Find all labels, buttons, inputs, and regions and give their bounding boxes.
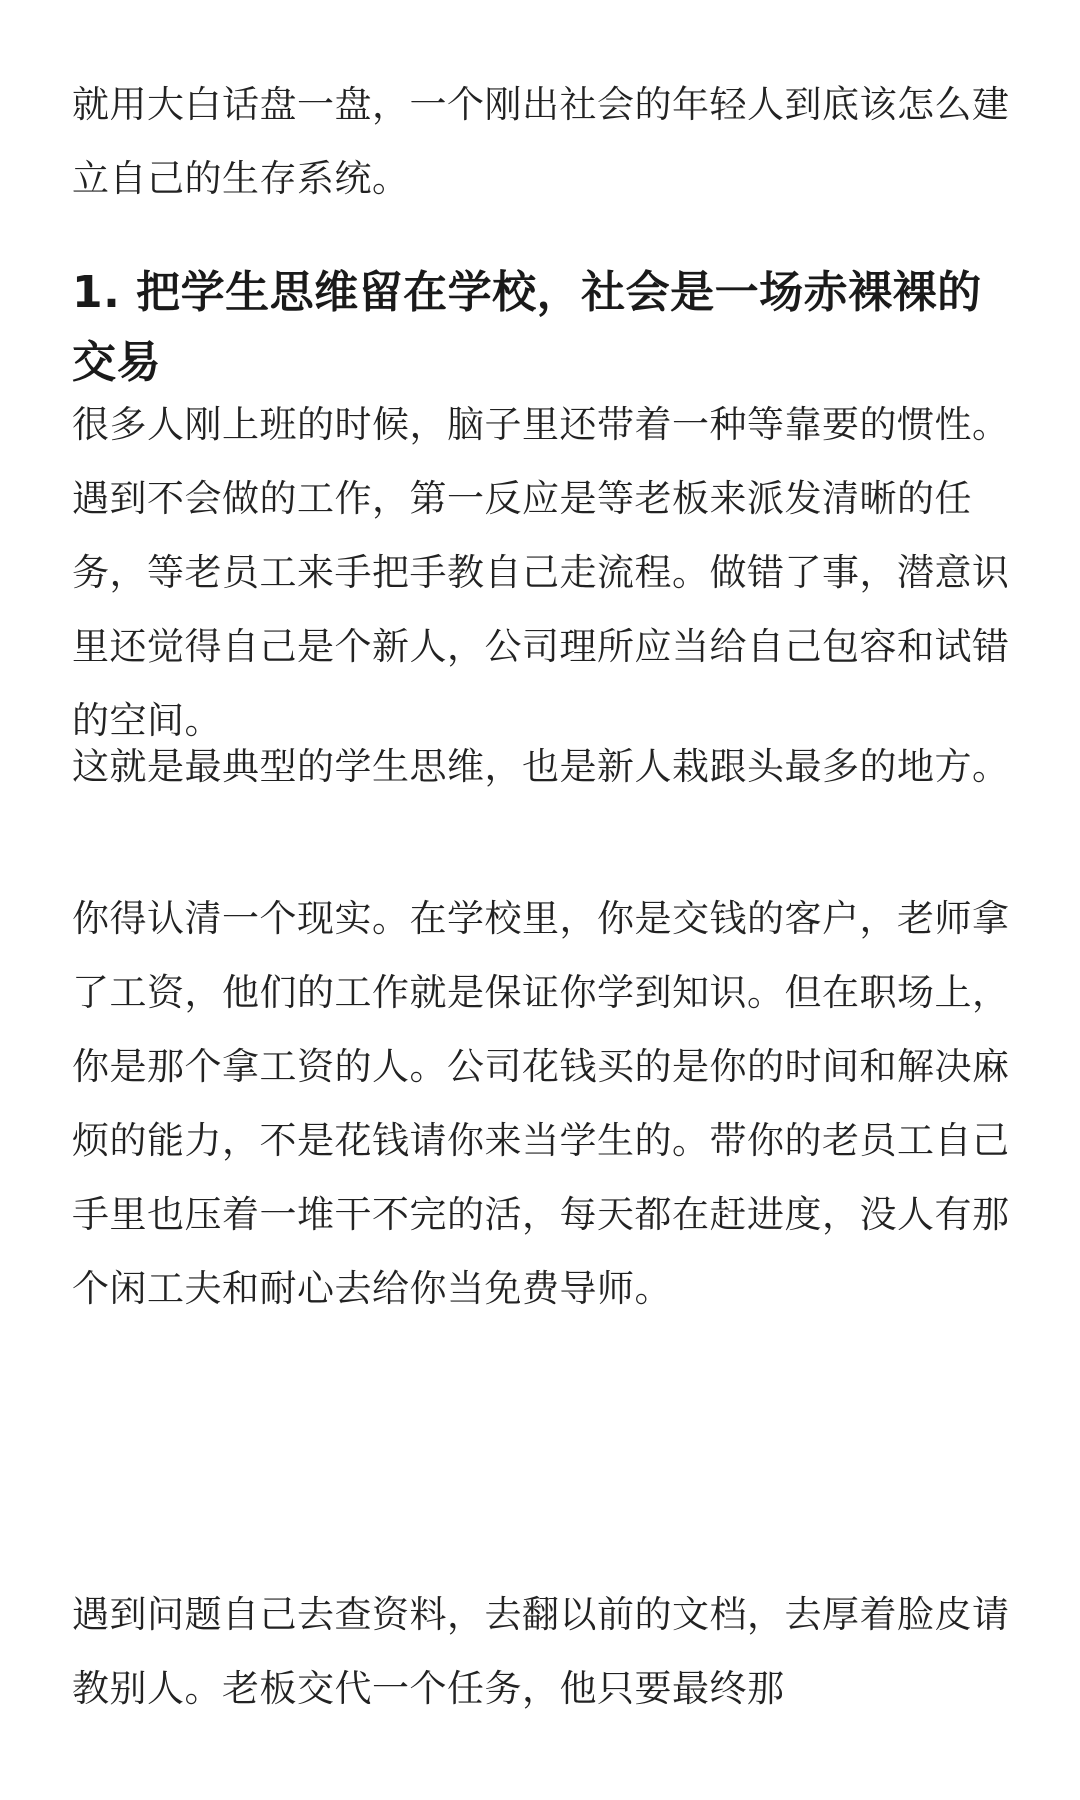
section-heading: 1. 把学生思维留在学校，社会是一场赤裸裸的交易 <box>72 258 1017 398</box>
body-paragraph: 你得认清一个现实。在学校里，你是交钱的客户，老师拿了工资，他们的工作就是保证你学… <box>72 882 1017 1326</box>
intro-paragraph: 就用大白话盘一盘，一个刚出社会的年轻人到底该怎么建立自己的生存系统。 <box>72 68 1017 216</box>
body-paragraph: 这就是最典型的学生思维，也是新人栽跟头最多的地方。 <box>72 730 1017 804</box>
body-paragraph: 很多人刚上班的时候，脑子里还带着一种等靠要的惯性。遇到不会做的工作，第一反应是等… <box>72 388 1017 758</box>
article-body: 就用大白话盘一盘，一个刚出社会的年轻人到底该怎么建立自己的生存系统。 1. 把学… <box>0 0 1080 1800</box>
body-paragraph: 遇到问题自己去查资料，去翻以前的文档，去厚着脸皮请教别人。老板交代一个任务，他只… <box>72 1578 1017 1726</box>
